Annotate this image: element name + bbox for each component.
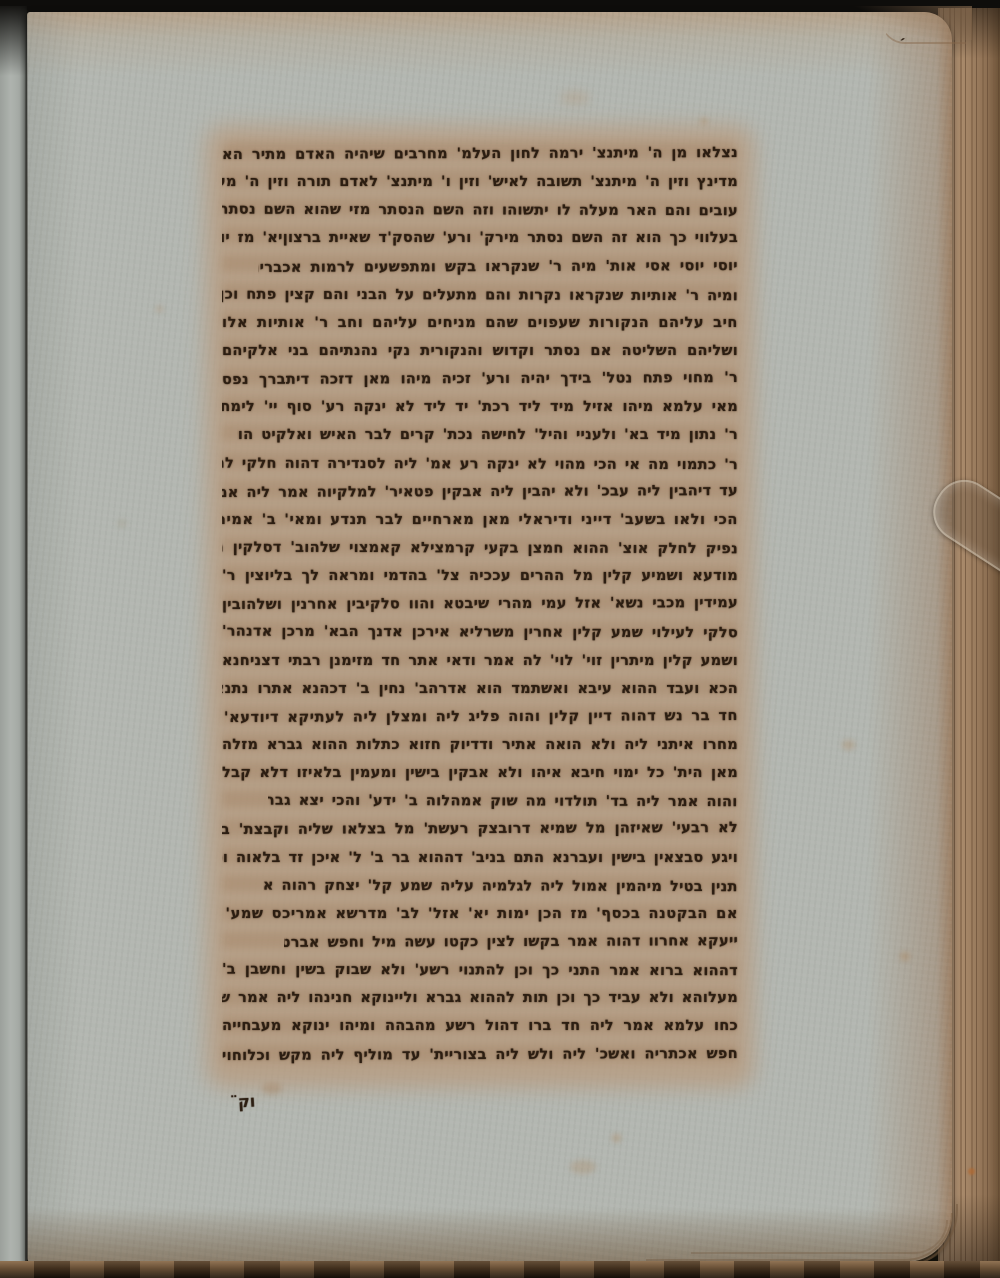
manuscript-line: תנין בטיל מיהמין אמול ליה לגלמיה עליה שמ…	[263, 871, 738, 901]
manuscript-line: ושליהם השליטה אם נסתר וקדוש והנקורית נקי…	[222, 337, 738, 365]
foxing-stain	[842, 740, 855, 750]
manuscript-line: עד דיהבין ליה עבכ' ולא יהבין ליה אבקין פ…	[222, 477, 738, 507]
manuscript-line: ר' מחוי פתח נטל' בידך יהיה ורע' זכיה מיה…	[222, 364, 738, 394]
top-right-curl-line	[881, 20, 966, 44]
manuscript-line: חד בר נש דהוה דיין קלין והוה פליג ליה ומ…	[222, 702, 738, 732]
bottom-page-block-edge	[0, 1261, 1000, 1278]
manuscript-line: ר' כתמוי מה אי הכי מהוי לא ינקה רע אמ' ל…	[222, 449, 738, 479]
manuscript-line: כחו עלמא אמר ליה חד ברו דהול רשע מהבהה ו…	[222, 1012, 738, 1040]
manuscript-line: לא רבעי' שאיזהן מל שמיא דרובצק רעשת' מל …	[222, 814, 738, 844]
manuscript-line: סלקי לעילוי שמע קלין אחרין משרליא אירכן …	[222, 618, 738, 648]
foxing-stain	[118, 520, 126, 527]
corner-page-edges	[691, 1220, 948, 1254]
manuscript-line: יוסי יוסי אסי אות' מיה ר' שנקראו בקש ומת…	[258, 252, 738, 282]
text-block: נצלאו מן ה' מיתנצ' ירמה לחון העלמ' מחרבי…	[222, 140, 738, 1069]
manuscript-line: דההוא ברוא אמר התני כך וכן להתנוי רשע' ו…	[222, 956, 738, 986]
foxing-stain	[156, 306, 163, 312]
manuscript-line: מאי עלמא מיהו אזיל מיד ליד רכת' יד ליד ל…	[222, 393, 738, 421]
gutter-page-edge	[0, 6, 27, 1272]
manuscript-line: הכי ולאו בשעב' דייני ודיראלי מאן מארחיים…	[222, 506, 738, 534]
manuscript-line: ושמע קלין מיתרין זוי' לוי' לה אמר ודאי א…	[222, 647, 738, 675]
manuscript-line: חפש אכתריה ואשכ' ליה ולש ליה בצוריית' עד…	[222, 1040, 738, 1070]
manuscript-line: בעלווי כך הוא זה השם נסתר מירק' ורע' שהס…	[222, 224, 738, 252]
manuscript-line: נפיק לחלק אוצ' ההוא חמצן בקעי קרמצילא קא…	[222, 534, 738, 564]
manuscript-line: ומיה ר' אותיות שנקראו נקרות והם מתעלים ע…	[222, 280, 738, 310]
manuscript-line: ויגע סבצאין בישין ועברנא התם בניב' דההוא…	[222, 844, 738, 872]
manuscript-line: מודעא ושמיע קלין מל ההרים עככיה צל' בהדמ…	[222, 562, 738, 590]
gutter-crease	[25, 10, 28, 1268]
manuscript-line: אם הבקטנה בכסף' מז הכן ימות יא' אזל' לב'…	[222, 900, 738, 928]
manuscript-line: חיב עליהם הנקורות שעפוים שהם מניחים עליה…	[222, 309, 738, 337]
manuscript-line: מאן הית' כל ימוי חיבא איהו ולא אבקין ביש…	[222, 759, 738, 787]
foxing-stain	[968, 1168, 975, 1175]
foxing-stain	[570, 1160, 596, 1174]
foxing-stain	[700, 118, 708, 125]
foxing-stain	[612, 1134, 621, 1142]
manuscript-line: נצלאו מן ה' מיתנצ' ירמה לחון העלמ' מחרבי…	[222, 139, 738, 169]
manuscript-line: הכא ועבד ההוא עיבא ואשתמד הוא אדרהב' נחי…	[222, 675, 738, 703]
foxing-stain	[560, 92, 590, 104]
catchword: וק̈	[238, 1092, 256, 1112]
manuscript-line: ר' נתון מיד בא' ולעניי והיל' לחישה נכת' …	[237, 421, 738, 449]
manuscript-line: מדינץ וזין ה' מיתנצ' תשובה לאיש' וזין ו'…	[222, 168, 738, 196]
manuscript-photo: נצלאו מן ה' מיתנצ' ירמה לחון העלמ' מחרבי…	[0, 0, 1000, 1278]
manuscript-line: מחרו איתני ליה ולא הואה אתיר ודדיוק חזוא…	[222, 731, 738, 759]
manuscript-line: עמידין מכבי נשא' אזל עמי מהרי שיבטא והוו…	[222, 589, 738, 619]
foxing-stain	[900, 952, 910, 961]
manuscript-line: מעלוהא ולא עביד כך וכן תות לההוא גברא ול…	[222, 984, 738, 1012]
manuscript-line: והוה אמר ליה בד' תולדוי מה שוק אמהלוה ב'…	[268, 787, 738, 817]
manuscript-line: ייעקא אחרוו דהוה אמר בקשו לצין כקטו עשה …	[284, 927, 738, 957]
manuscript-line: עובים והם האר מעלה לו יתשוהו וזה השם הנס…	[222, 196, 738, 226]
